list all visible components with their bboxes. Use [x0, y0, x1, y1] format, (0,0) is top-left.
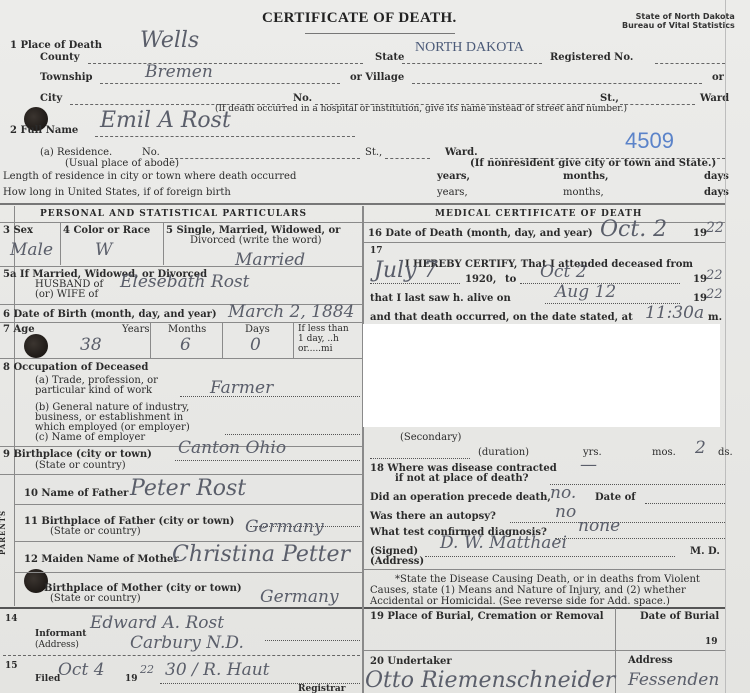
spouse-value: Elesebath Rost: [120, 272, 249, 292]
undertaker-address-label: Address: [628, 655, 673, 666]
place-of-death-label: 1 Place of Death: [10, 40, 102, 51]
parents-vertical-label: PARENTS: [0, 510, 7, 555]
death-year-value: 22: [706, 220, 724, 236]
registrar-label: Registrar: [298, 684, 345, 693]
burial-place-label: 19 Place of Burial, Cremation or Removal: [370, 611, 604, 622]
burial-date-label: Date of Burial: [640, 611, 719, 622]
race-value: W: [95, 240, 112, 260]
father-label: 10 Name of Father: [24, 488, 128, 499]
informant-address-label: (Address): [35, 640, 79, 650]
redacted-cause-of-death: [363, 324, 720, 427]
mother-value: Christina Petter: [172, 542, 350, 567]
time-in-us-label: How long in United States, if of foreign…: [3, 187, 231, 198]
informant-value: Edward A. Rost: [90, 613, 224, 633]
state-header: State of North Dakota Bureau of Vital St…: [622, 12, 735, 30]
full-name-label: 2 Full Name: [10, 125, 78, 136]
informant-address-value: Carbury N.D.: [130, 633, 244, 653]
filed-label: Filed: [35, 674, 60, 684]
state-label: State: [375, 52, 404, 63]
dob-value: March 2, 1884: [228, 302, 354, 322]
personal-section-title: PERSONAL AND STATISTICAL PARTICULARS: [40, 209, 307, 219]
nonresident-note: (If nonresident give city or town and St…: [470, 158, 716, 169]
father-birthplace-value: Germany: [245, 517, 324, 537]
death-time-value: 11:30a: [645, 303, 704, 323]
contracted-value: —: [580, 455, 597, 475]
full-name-value: Emil A Rost: [100, 108, 231, 133]
informant-label: Informant: [35, 629, 86, 639]
certificate-title: CERTIFICATE OF DEATH.: [262, 10, 457, 27]
township-value: Bremen: [145, 62, 213, 82]
mother-birthplace-value: Germany: [260, 587, 339, 607]
city-label: City: [40, 93, 62, 104]
last-seen-value: Aug 12: [555, 282, 616, 302]
father-value: Peter Rost: [130, 476, 246, 501]
undertaker-address-value: Fessenden: [628, 670, 719, 690]
date-of-death-value: Oct. 2: [600, 217, 667, 242]
test-value: none: [578, 516, 620, 536]
physician-signature: D. W. Matthaei: [440, 533, 567, 553]
death-time-label: and that death occurred, on the date sta…: [370, 312, 633, 323]
operation-label: Did an operation precede death,: [370, 492, 551, 503]
age-days-value: 0: [250, 335, 261, 355]
mother-label: 12 Maiden Name of Mother: [24, 554, 179, 565]
less-than-day-note: If less than 1 day, ..h or.....mi: [298, 324, 349, 354]
undertaker-value: Otto Riemenschneider: [365, 668, 615, 693]
physician-address-label: (Address): [370, 556, 424, 567]
residence-label: (a) Residence.: [40, 147, 112, 158]
occupation-value: Farmer: [210, 378, 273, 398]
abode-note: (Usual place of abode): [65, 158, 179, 169]
state-value: NORTH DAKOTA: [415, 40, 524, 56]
county-value: Wells: [140, 28, 199, 53]
duration-days-value: 2: [695, 438, 706, 458]
death-certificate: CERTIFICATE OF DEATH. State of North Dak…: [0, 0, 750, 693]
no-label: No.: [293, 93, 312, 104]
dob-label: 6 Date of Birth (month, day, and year): [3, 309, 217, 320]
punch-hole: [24, 334, 48, 358]
cause-footnote: *State the Disease Causing Death, or in …: [370, 574, 700, 607]
filed-date-value: Oct 4: [58, 660, 105, 680]
county-label: County: [40, 52, 80, 63]
occupation-label: 8 Occupation of Deceased: [3, 362, 148, 373]
secondary-label: (Secondary): [400, 432, 461, 443]
village-label: or Village: [350, 72, 404, 83]
length-of-residence-label: Length of residence in city or town wher…: [3, 171, 296, 182]
race-label: 4 Color or Race: [63, 225, 150, 236]
attended-from-value: July 7: [374, 258, 437, 283]
sex-value: Male: [10, 240, 53, 260]
autopsy-label: Was there an autopsy?: [370, 511, 496, 522]
age-label: 7 Age: [3, 324, 35, 335]
last-seen-label: that I last saw h. alive on: [370, 293, 511, 304]
birthplace-label: 9 Birthplace (city or town): [3, 449, 152, 460]
hospital-note: (If death occurred in a hospital or inst…: [215, 104, 627, 114]
marital-value: Married: [235, 250, 305, 270]
registrar-signature: 30 / R. Haut: [165, 660, 270, 680]
operation-value: no.: [550, 483, 576, 503]
registered-no-label: Registered No.: [550, 52, 633, 63]
sex-label: 3 Sex: [3, 225, 33, 236]
age-months-value: 6: [180, 335, 191, 355]
township-label: Township: [40, 72, 93, 83]
age-years-value: 38: [80, 335, 102, 355]
attended-to-value: Oct 2: [540, 262, 587, 282]
date-of-death-label: 16 Date of Death (month, day, and year): [368, 228, 593, 239]
certificate-number: 4509: [625, 128, 674, 154]
birthplace-value: Canton Ohio: [178, 438, 286, 458]
autopsy-value: no: [555, 502, 576, 522]
undertaker-label: 20 Undertaker: [370, 656, 452, 667]
